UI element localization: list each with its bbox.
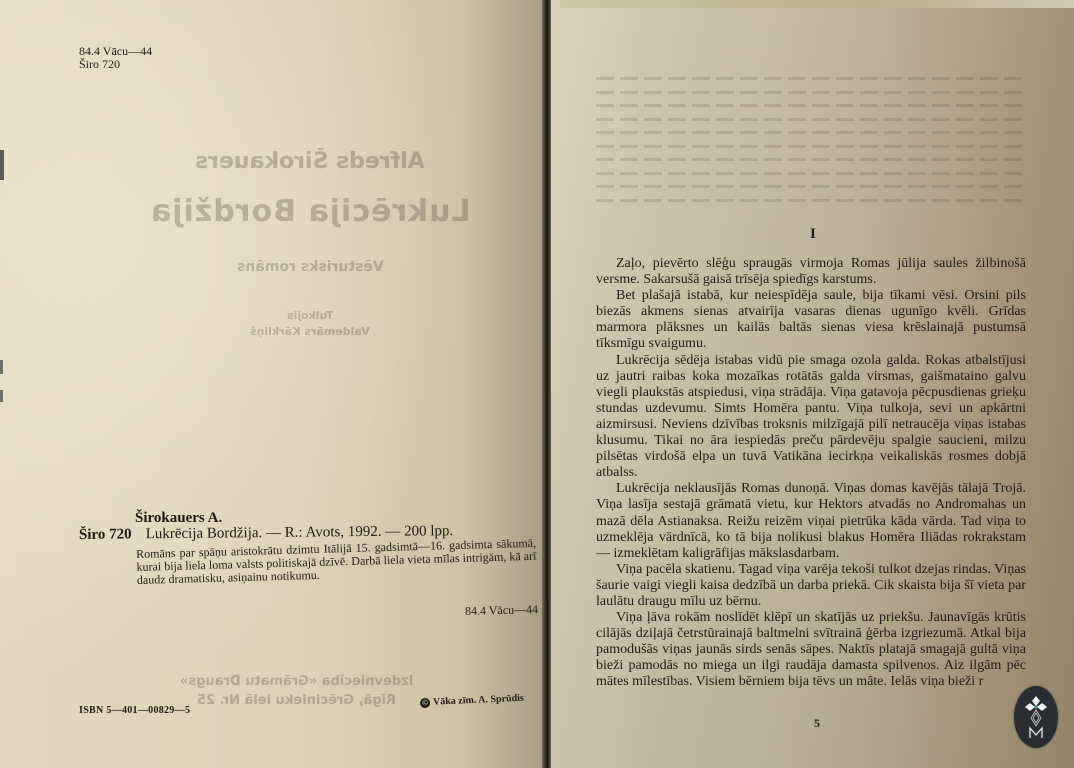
show-through-title-page: Alfreds Širokauers Lukrēcija Bordžija Vē… — [150, 140, 470, 340]
catalog-code: 84.4 Vācu—44 Širo 720 — [79, 45, 152, 71]
catalog-card-classification: 84.4 Vācu—44 — [465, 602, 538, 619]
cover-credit-text: Vāka zīm. A. Sprūdis — [433, 693, 524, 708]
chapter-number: I — [810, 226, 816, 243]
flower-monogram-icon — [1014, 686, 1058, 748]
show-through-text — [596, 68, 1026, 212]
paragraph: Lukrēcija sēdēja istabas vidū pie smaga … — [596, 353, 1026, 482]
book-gutter — [542, 0, 551, 768]
cover-credit: ©Vāka zīm. A. Sprūdis — [420, 693, 524, 709]
ghost-title: Lukrēcija Bordžija — [150, 194, 471, 229]
ghost-publisher-line: Izdevniecība «Grāmatu Draugs» — [180, 673, 414, 691]
edge-mark — [0, 360, 3, 374]
page-number: 5 — [814, 716, 820, 731]
page-top-edge — [560, 0, 1074, 8]
ghost-publisher-line: Rīgā, Grēcinieku ielā Nr. 25 — [197, 692, 396, 710]
paragraph: Viņa pacēla skatienu. Tagad viņa varēja … — [596, 562, 1026, 610]
isbn: ISBN 5—401—00829—5 — [79, 705, 190, 716]
catalog-card-code: Širo 720 — [79, 526, 132, 543]
left-page: 84.4 Vācu—44 Širo 720 Alfreds Širokauers… — [0, 0, 545, 768]
paragraph: Bet plašajā istabā, kur neiespīdēja saul… — [596, 288, 1026, 352]
ghost-translator-label: Tulkojis — [287, 308, 334, 324]
paragraph: Lukrēcija neklausījās Romas dunoņā. Viņa… — [596, 481, 1026, 561]
paragraph: Viņa ļāva rokām noslīdēt klēpī un skatīj… — [596, 610, 1026, 690]
ghost-translator: Valdemārs Kārkliņš — [250, 324, 370, 340]
catalog-card-annotation: Romāns par spāņu aristokrātu dzimtu Itāl… — [136, 537, 537, 587]
ghost-genre: Vēsturisks romāns — [237, 259, 384, 275]
edge-mark — [0, 150, 4, 180]
copyright-icon: © — [420, 698, 430, 708]
catalog-code-line: Širo 720 — [79, 58, 152, 71]
edge-mark — [0, 390, 3, 402]
watermark-badge — [1014, 686, 1058, 748]
paragraph: Zaļo, pievērto slēģu spraugās virmoja Ro… — [596, 256, 1026, 288]
chapter-body-text: Zaļo, pievērto slēģu spraugās virmoja Ro… — [596, 256, 1026, 691]
ghost-author: Alfreds Širokauers — [195, 149, 425, 174]
catalog-card-author: Širokauers A. — [135, 510, 222, 527]
open-book-spread: 84.4 Vācu—44 Širo 720 Alfreds Širokauers… — [0, 0, 1074, 768]
show-through-publisher: Izdevniecība «Grāmatu Draugs» Rīgā, Grēc… — [180, 672, 414, 710]
